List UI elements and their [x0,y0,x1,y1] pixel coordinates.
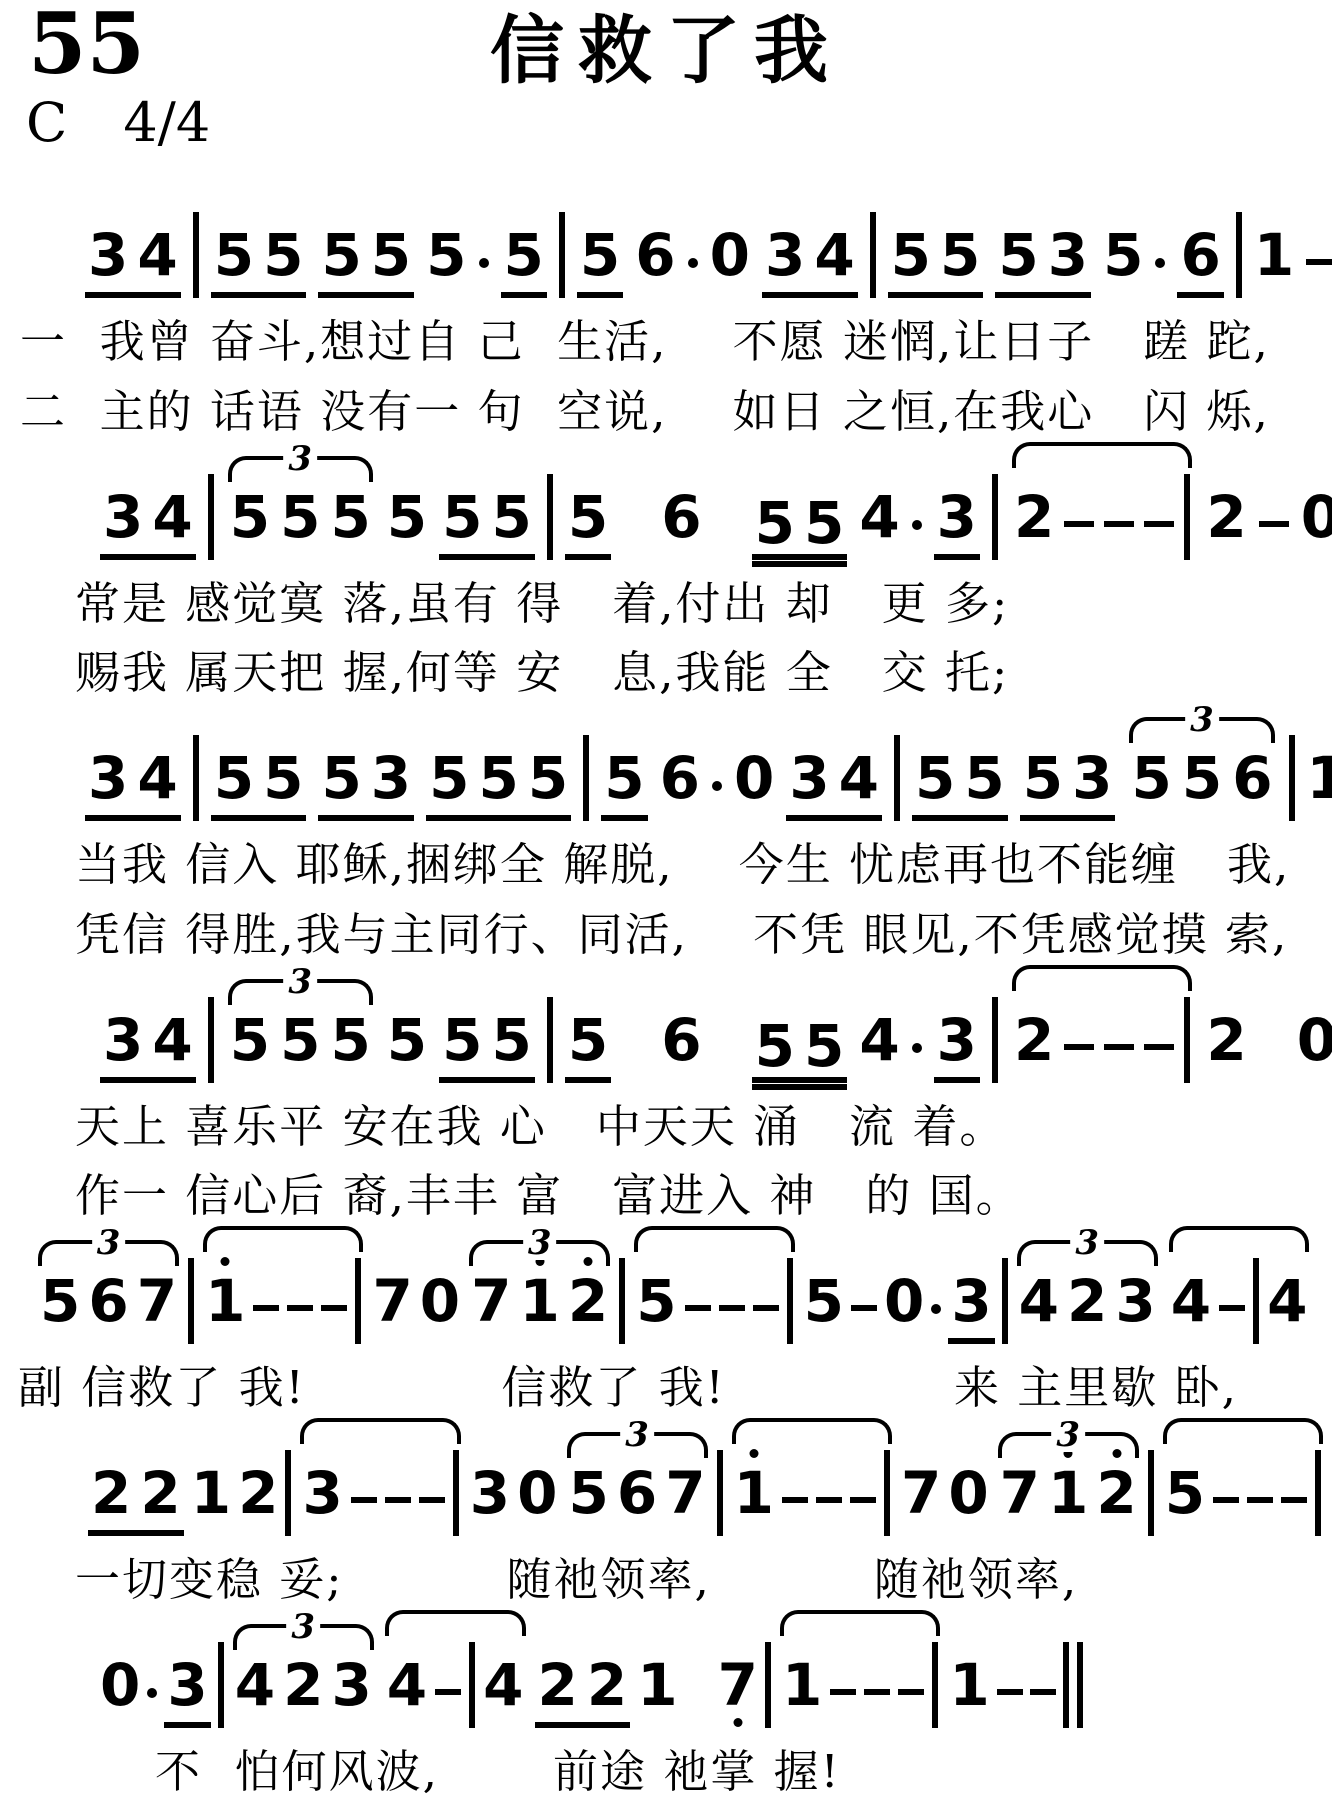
note: 1 [949,1656,989,1728]
slur-arc [1163,1418,1323,1444]
note: 3 [470,1464,510,1536]
beam-group: 53 [1020,749,1116,821]
note: 3 [1072,749,1112,807]
triplet-group: 3567 [565,1430,710,1536]
note-digit: 3 [331,1656,371,1714]
note-digit: 6 [661,488,701,546]
note-digit: 4 [1171,1272,1211,1330]
triplet-number: 3 [1070,1226,1104,1260]
dotted-note-dot [1155,258,1165,268]
final-double-barline [1063,1642,1083,1728]
barline [765,1642,771,1728]
note: 6 [1180,226,1220,284]
beam-group: 34 [85,749,181,821]
note-digit: 5 [804,1272,844,1330]
duration-dash [1144,521,1174,527]
lyric-line: 二 主的 话语 没有一 句 空说, 如日 之恒,在我心 闪 烁, [20,386,1332,438]
barline [193,212,199,298]
note-digit: 5 [1023,749,1063,807]
note-digit: 2 [283,1656,323,1714]
note-digit: 1 [637,1656,677,1714]
barline [559,212,565,298]
note-digit: 5 [479,749,519,807]
triplet-number: 3 [1051,1418,1085,1452]
note: 5 [568,488,608,546]
dotted-note-dot [912,520,922,530]
beam-group: 5 [501,226,547,298]
duration-dash [1104,1044,1134,1050]
beam-group: 3 [948,1272,994,1344]
duration-dash [830,1689,856,1695]
triplet-group: 3555 [226,977,375,1083]
music-line-refrain: 22123303567170371255 [88,1416,1332,1536]
high-octave-dot [221,1257,230,1266]
note-digit: 4 [483,1656,523,1714]
barline [1315,1450,1321,1536]
note-digit: 5 [387,1011,427,1069]
barline [193,735,199,821]
barline [1002,1258,1008,1344]
beam-group: 6 [1177,226,1223,298]
note: 7 [471,1272,511,1344]
slur-group: 5 [632,1224,796,1344]
note-digit: 7 [1000,1464,1040,1522]
note-digit: 5 [214,226,254,284]
beam-group: 55 [211,749,307,821]
duration-dash [1259,521,1289,527]
note-digit: 5 [492,488,532,546]
note-digit: 1 [734,1464,774,1522]
note-digit: 5 [321,226,361,284]
note: 2 [283,1656,323,1728]
music-line: 345553555560345553355610 [85,701,1332,821]
dotted-note-dot [147,1688,157,1698]
note-digit: 0 [948,1464,988,1522]
dotted-note-dot [931,1304,941,1314]
note: 7 [1000,1464,1040,1536]
note: 2 [1067,1272,1107,1344]
slur-group: 1 [201,1224,365,1344]
slur-arc [780,1610,940,1636]
note-digit: 5 [40,1272,80,1330]
note-digit: 6 [661,1011,701,1069]
note: 2 [1206,488,1246,560]
note: 5 [940,226,980,284]
note: 1 [734,1464,774,1536]
note-digit: 3 [937,1011,977,1069]
note-digit: 3 [937,488,977,546]
note-digit: 2 [1014,488,1054,546]
note: 5 [230,488,270,560]
note: 5 [429,749,469,807]
note-digit: 3 [371,749,411,807]
beam-group: 3 [164,1656,210,1728]
key-meter-row: C 4/4 [26,96,210,150]
lyric-line-refrain: 不 怕何风波, 前途 祂掌 握! [155,1746,1332,1798]
note: 3 [302,1464,342,1536]
note: 5 [915,749,955,807]
note-digit: 3 [765,226,805,284]
note-digit: 5 [442,1011,482,1069]
note: 5 [387,488,427,560]
music-line-refrain: 03342344221711 [100,1608,1332,1728]
duration-dash [321,1305,347,1311]
note: 2 [1014,488,1054,560]
note: 3 [1115,1272,1155,1344]
note: 7 [901,1464,941,1536]
note-digit: 5 [1103,226,1143,284]
barline [453,1450,459,1536]
barline [188,1258,194,1344]
triplet-number: 3 [92,1226,126,1260]
barline [992,474,998,560]
note: 4 [859,1011,899,1083]
note-digit: 4 [1019,1272,1059,1330]
beam-group: 5 [601,749,647,821]
header: 55 信救了我 C 4/4 [0,0,1332,176]
duration-dash [385,1497,411,1503]
note: 4 [235,1656,275,1728]
note-digit: 4 [1267,1272,1307,1330]
note-digit: 0 [884,1272,924,1330]
note-digit: 5 [263,749,303,807]
barline [285,1450,291,1536]
note: 6 [1232,749,1272,821]
high-octave-dot [749,1449,758,1458]
note: 3 [88,226,128,284]
note: 7 [372,1272,412,1344]
note: 6 [88,1272,128,1344]
note: 4 [859,488,899,560]
note-digit: 0 [710,226,750,284]
beam-group: 34 [100,1011,196,1083]
note-digit: 5 [280,1011,320,1069]
beam-group: 555 [426,749,571,821]
note: 5 [492,1011,532,1069]
note: 1 [1307,749,1332,821]
note-digit: 7 [372,1272,412,1330]
note-digit: 5 [915,749,955,807]
note: 0 [884,1272,924,1344]
note-digit: 4 [152,488,192,546]
beam-group: 53 [995,226,1091,298]
barline [1289,735,1295,821]
note: 5 [1165,1464,1205,1536]
slur-group: 1 [778,1608,942,1728]
note: 2 [91,1464,131,1522]
note: 5 [1103,226,1143,298]
note-digit: 4 [859,488,899,546]
note-digit: 3 [167,1656,207,1714]
note-digit: 0 [1297,1011,1332,1069]
lyric-line-refrain: 副 信救了 我! 信救了 我! 来 主里歇 卧, [18,1362,1332,1414]
beam-group: 22 [88,1464,184,1536]
note-digit: 1 [1307,749,1332,807]
note: 4 [839,749,879,807]
beam-group: 5 [577,226,623,298]
note-digit: 7 [718,1656,758,1714]
high-octave-dot [584,1257,593,1266]
duration-dash [685,1305,711,1311]
note-digit: 2 [91,1464,131,1522]
note-digit: 0 [734,749,774,807]
note: 5 [280,1011,320,1083]
note-digit: 5 [387,488,427,546]
note: 4 [1171,1272,1211,1344]
note: 2 [568,1272,608,1344]
note-digit: 6 [88,1272,128,1330]
lyric-line-refrain: 一切变稳 妥; 随祂领率, 随祂领率, [75,1554,1332,1606]
note: 4 [152,488,192,546]
note-digit: 1 [191,1464,231,1522]
slur-arc [300,1418,460,1444]
note: 5 [492,488,532,546]
note: 5 [569,1464,609,1536]
note: 1 [1048,1464,1088,1536]
note-digit: 5 [280,488,320,546]
slur-group: 2 [1010,963,1194,1083]
note: 5 [214,226,254,284]
barline [1253,1258,1259,1344]
note-digit: 7 [665,1464,705,1522]
note-digit: 3 [1048,226,1088,284]
lyric-line: 天上 喜乐平 安在我 心 中天天 涌 流 着。 [75,1101,1332,1153]
time-signature: 4/4 [123,96,210,150]
key-signature: C [26,96,67,150]
triplet-number: 3 [1185,703,1219,737]
barline [1148,1450,1154,1536]
note-digit: 5 [371,226,411,284]
slur-arc [732,1418,892,1444]
note-digit: 6 [635,226,675,284]
barline [1077,1642,1083,1728]
beam-group: 34 [100,488,196,560]
note: 5 [504,226,544,284]
note-digit: 2 [587,1656,627,1714]
triplet-group: 3556 [1127,715,1276,821]
beam-group: 34 [85,226,181,298]
note-digit: 3 [951,1272,991,1330]
note: 3 [331,1656,371,1728]
note: 5 [755,1017,795,1075]
note-digit: 1 [205,1272,245,1330]
duration-dash [997,1689,1023,1695]
note-digit: 5 [1165,1464,1205,1522]
lyric-line: 当我 信入 耶稣,捆绑全 解脱, 今生 忧虑再也不能缠 我, [75,839,1332,891]
note-digit: 4 [814,226,854,284]
note-digit: 7 [471,1272,511,1330]
note-digit: 3 [1072,749,1112,807]
note: 0 [420,1272,460,1344]
note: 3 [103,488,143,546]
barline [1063,1642,1069,1728]
note: 5 [387,1011,427,1083]
slur-arc [1012,965,1192,991]
note-digit: 3 [88,226,128,284]
note: 1 [205,1272,245,1344]
note: 5 [330,488,370,560]
note-digit: 3 [470,1464,510,1522]
note-digit: 5 [604,749,644,807]
hymn-sheet: 55 信救了我 C 4/4 345555555603455535610 一 我曾… [0,0,1332,1814]
triplet-number: 3 [283,442,317,476]
note-digit: 2 [1206,488,1246,546]
duration-dash [1281,1497,1307,1503]
beam-group: 55 [888,226,984,298]
duration-dash [1213,1497,1239,1503]
note: 5 [804,1017,844,1075]
note-digit: 5 [492,1011,532,1069]
dotted-note-dot [688,258,698,268]
note: 4 [152,1011,192,1069]
note: 0 [948,1464,988,1536]
note-digit: 5 [755,1017,795,1075]
beam-group: 5 [565,1011,611,1083]
note-digit: 5 [504,226,544,284]
note-digit: 4 [387,1656,427,1714]
note: 1 [782,1656,822,1728]
barline [208,997,214,1083]
note: 3 [937,1011,977,1069]
beam-group: 55 [439,488,535,560]
note: 3 [765,226,805,284]
note-digit: 4 [859,1011,899,1069]
note-digit: 1 [1048,1464,1088,1522]
note-digit: 2 [1206,1011,1246,1069]
note: 6 [661,1011,701,1083]
note-digit: 0 [100,1656,140,1714]
duration-dash [1030,1689,1056,1695]
note: 7 [137,1272,177,1344]
note-digit: 4 [137,226,177,284]
note-digit: 5 [230,488,270,546]
barline [884,1450,890,1536]
note: 4 [137,749,177,807]
note-digit: 3 [302,1464,342,1522]
note: 5 [1131,749,1171,821]
note-digit: 5 [528,749,568,807]
triplet-number: 3 [286,1610,320,1644]
duration-dash [287,1305,313,1311]
note: 6 [617,1464,657,1536]
low-octave-dot [733,1718,742,1727]
duration-dash [851,1305,877,1311]
triplet-number: 3 [283,965,317,999]
note: 6 [660,749,700,821]
triplet-group: 3555 [226,454,375,560]
note-digit: 2 [1096,1464,1136,1522]
beam-group: 55 [752,494,848,560]
triplet-group: 3567 [36,1238,181,1344]
note-digit: 5 [1131,749,1171,807]
barline [992,997,998,1083]
lyric-line: 作一 信心后 裔,丰丰 富 富进入 神 的 国。 [75,1170,1332,1222]
note-digit: 2 [1067,1272,1107,1330]
note-digit: 6 [617,1464,657,1522]
note-digit: 1 [520,1272,560,1330]
note-digit: 5 [580,226,620,284]
note: 5 [479,749,519,807]
note: 5 [263,749,303,807]
note-digit: 3 [103,488,143,546]
duration-dash [1064,521,1094,527]
note: 7 [665,1464,705,1536]
slur-group: 1 [730,1416,894,1536]
note: 0 [517,1464,557,1536]
barline [870,212,876,298]
lyric-line: 一 我曾 奋斗,想过自 己 生活, 不愿 迷惘,让日子 蹉 跎, [20,316,1332,368]
note: 5 [321,749,361,807]
note: 1 [1254,226,1294,298]
music-line: 343555555565543220 [100,963,1332,1083]
slur-group: 44 [383,1608,528,1728]
note: 0 [710,226,750,298]
note-digit: 5 [998,226,1038,284]
note-digit: 3 [1115,1272,1155,1330]
slur-arc [634,1226,794,1252]
duration-dash [719,1305,745,1311]
triplet-number: 3 [523,1226,557,1260]
note-digit: 5 [263,226,303,284]
note: 1 [520,1272,560,1344]
note: 5 [528,749,568,807]
note: 2 [140,1464,180,1522]
note: 5 [330,1011,370,1083]
note-digit: 5 [330,1011,370,1069]
note-digit: 6 [660,749,700,807]
note-digit: 5 [330,488,370,546]
note: 5 [998,226,1038,284]
note-digit: 5 [568,488,608,546]
slur-arc [1169,1226,1310,1252]
duration-dash [782,1497,808,1503]
note-digit: 5 [321,749,361,807]
slur-arc [203,1226,363,1252]
triplet-group: 3712 [467,1238,612,1344]
duration-dash [898,1689,924,1695]
note: 5 [371,226,411,284]
lyric-line: 凭信 得胜,我与主同行、同活, 不凭 眼见,不凭感觉摸 索, [75,909,1332,961]
beam-group: 55 [912,749,1008,821]
note-digit: 5 [429,749,469,807]
note-digit: 3 [789,749,829,807]
note: 4 [1019,1272,1059,1344]
note: 2 [1206,1011,1246,1083]
barline [355,1258,361,1344]
triplet-group: 3423 [231,1622,376,1728]
note-digit: 5 [636,1272,676,1330]
note: 5 [804,494,844,552]
note-digit: 2 [538,1656,578,1714]
note-digit: 5 [569,1464,609,1522]
beam-group: 55 [211,226,307,298]
barline [583,735,589,821]
note: 7 [718,1656,758,1728]
note: 3 [103,1011,143,1069]
note: 2 [538,1656,578,1714]
note: 5 [263,226,303,284]
note-digit: 5 [804,1017,844,1075]
note: 4 [814,226,854,284]
barline [1184,474,1190,560]
barline [218,1642,224,1728]
duration-dash [1104,521,1134,527]
note-digit: 0 [517,1464,557,1522]
slur-group: 44 [1167,1224,1312,1344]
note: 5 [230,1011,270,1083]
dotted-note-dot [912,1043,922,1053]
duration-dash [1144,1044,1174,1050]
